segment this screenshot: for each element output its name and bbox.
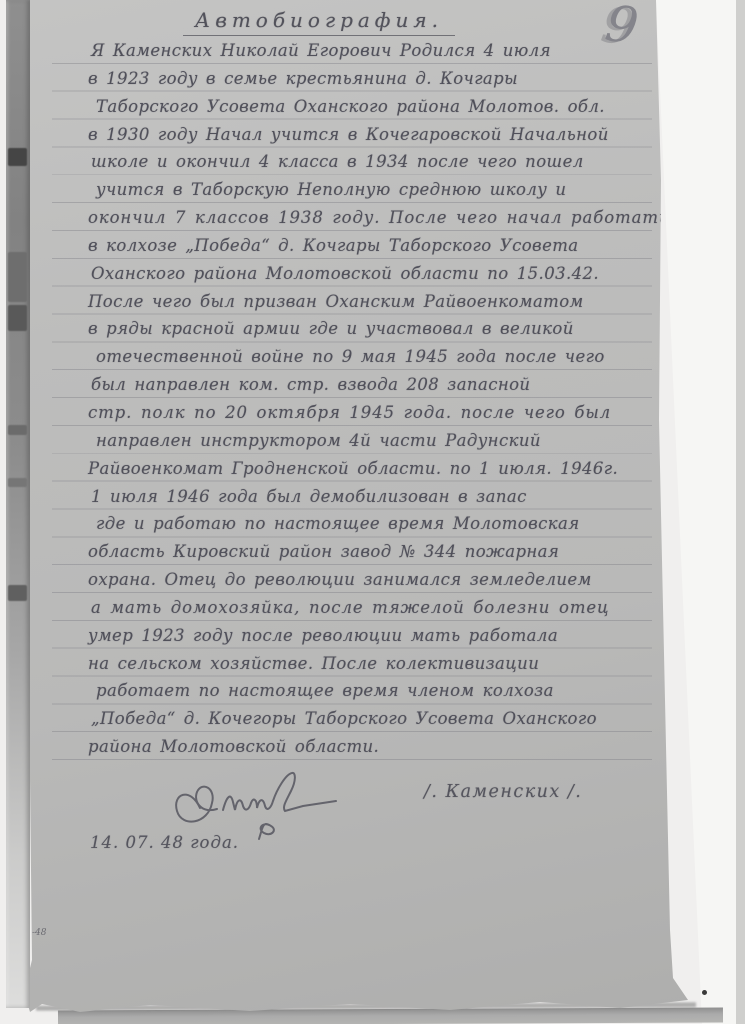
handwritten-line: где и работаю по настоящее время Молотов… bbox=[88, 510, 658, 538]
handwritten-line: был направлен ком. стр. взвода 208 запас… bbox=[88, 371, 658, 399]
handwritten-line: окончил 7 классов 1938 году. После чего … bbox=[88, 204, 658, 232]
handwritten-line: Таборского Усовета Оханского района Моло… bbox=[88, 93, 658, 121]
handwritten-line: умер 1923 году после революции мать рабо… bbox=[88, 622, 658, 650]
handwritten-line: в 1930 году Начал учится в Кочегаровской… bbox=[88, 121, 658, 149]
handwritten-line: отечественной войне по 9 мая 1945 года п… bbox=[88, 343, 658, 371]
scanned-document-page: Автобиография. Я Каменских Николай Егоро… bbox=[0, 0, 745, 1024]
handwritten-line: в 1923 году в семье крестьянина д. Кочга… bbox=[88, 65, 658, 93]
signature-name: /. Каменских /. bbox=[424, 782, 582, 802]
handwritten-line: в колхозе „Победа“ д. Кочгары Таборского… bbox=[88, 232, 658, 260]
document-title: Автобиография. bbox=[195, 8, 443, 32]
handwritten-line: область Кировский район завод № 344 пожа… bbox=[88, 538, 658, 566]
handwritten-line: „Победа“ д. Кочегоры Таборского Усовета … bbox=[88, 705, 658, 733]
handwritten-line: охрана. Отец до революции занимался земл… bbox=[88, 566, 658, 594]
title-underline: Автобиография. bbox=[183, 8, 455, 36]
handwritten-line: 1 июля 1946 года был демобилизован в зап… bbox=[88, 483, 658, 511]
paper-sheet: Автобиография. Я Каменских Николай Егоро… bbox=[20, 0, 720, 1016]
margin-note-pencil: -48 bbox=[32, 928, 47, 938]
handwritten-line: района Молотовской области. bbox=[88, 733, 658, 761]
binding-mark bbox=[8, 478, 27, 487]
handwritten-line: школе и окончил 4 класса в 1934 после че… bbox=[88, 148, 658, 176]
binding-mark bbox=[8, 425, 27, 435]
binding-mark bbox=[8, 252, 27, 302]
handwritten-line: стр. полк по 20 октября 1945 года. после… bbox=[88, 399, 658, 427]
scan-edge-strip bbox=[736, 0, 745, 1024]
binding-mark bbox=[8, 305, 27, 331]
signature-date: 14. 07. 48 года. bbox=[90, 833, 239, 852]
handwritten-line: Оханского района Молотовской области по … bbox=[88, 260, 658, 288]
handwritten-line: Райвоенкомат Гродненской области. по 1 и… bbox=[88, 455, 658, 483]
handwritten-line: на сельском хозяйстве. После колективиза… bbox=[88, 650, 658, 678]
handwritten-line: а мать домохозяйка, после тяжелой болезн… bbox=[88, 594, 658, 622]
handwritten-line: направлен инструктором 4й части Радунски… bbox=[88, 427, 658, 455]
binding-mark bbox=[8, 585, 27, 601]
handwriting-block: Я Каменских Николай Егорович Родился 4 и… bbox=[88, 37, 658, 761]
binding-mark bbox=[8, 148, 27, 166]
handwritten-line: в ряды красной армии где и участвовал в … bbox=[88, 315, 658, 343]
binding-edge bbox=[6, 0, 30, 1008]
handwritten-line: Я Каменских Николай Егорович Родился 4 и… bbox=[88, 37, 658, 65]
handwritten-line: работает по настоящее время членом колхо… bbox=[88, 677, 658, 705]
handwritten-line: После чего был призван Оханским Райвоенк… bbox=[88, 288, 658, 316]
handwritten-line: учится в Таборскую Неполную среднюю школ… bbox=[88, 176, 658, 204]
ink-dot bbox=[702, 990, 707, 995]
